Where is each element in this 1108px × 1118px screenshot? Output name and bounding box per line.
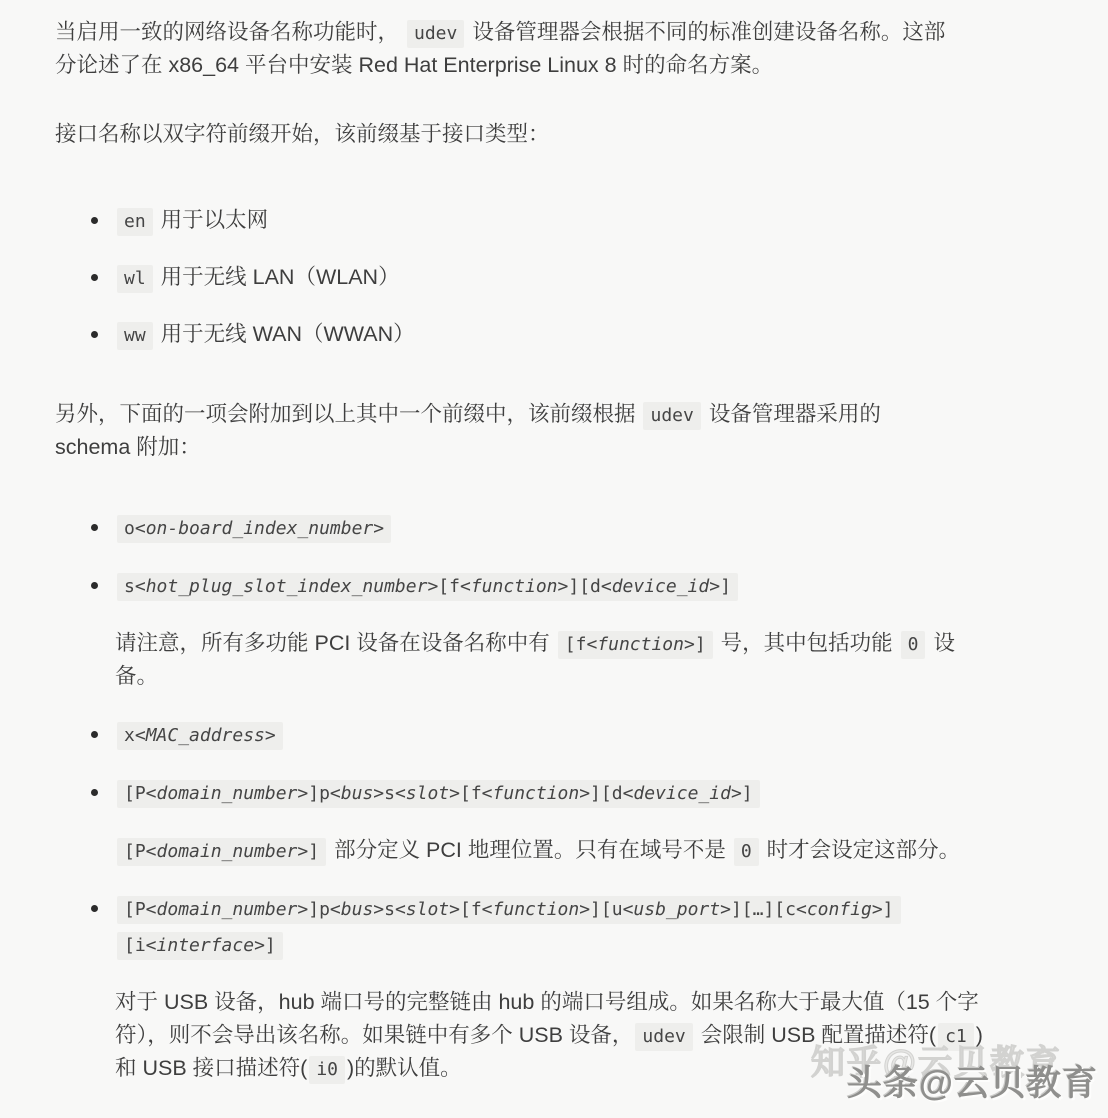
list-item-line: en 用于以太网 [115, 204, 1010, 237]
schema-list: o<on-board_index_number> s<hot_plug_slot… [55, 511, 1053, 1085]
inline-code: [P<domain_number>]p<bus>s<slot>[f<functi… [117, 896, 901, 924]
note-paragraph-pci-function: 请注意，所有多功能 PCI 设备在设备名称中有 [f<function>] 号，… [115, 627, 995, 693]
note-paragraph-pci-domain: [P<domain_number>] 部分定义 PCI 地理位置。只有在域号不是… [115, 834, 995, 867]
list-item-en: en 用于以太网 [55, 204, 1053, 237]
list-item-pci-geo: [P<domain_number>]p<bus>s<slot>[f<functi… [55, 776, 1053, 867]
inline-code: [P<domain_number>] [117, 838, 326, 866]
list-item-onboard: o<on-board_index_number> [55, 511, 1053, 544]
list-item-hotplug: s<hot_plug_slot_index_number>[f<function… [55, 569, 1053, 693]
prefix-intro-paragraph: 接口名称以双字符前缀开始，该前缀基于接口类型： [55, 118, 950, 151]
document-body: 当启用一致的网络设备名称功能时， udev 设备管理器会根据不同的标准创建设备名… [0, 0, 1108, 1085]
inline-code: udev [635, 1023, 692, 1051]
list-item-line: ww 用于无线 WAN（WWAN） [115, 318, 1010, 351]
note-paragraph-usb: 对于 USB 设备，hub 端口号的完整链由 hub 的端口号组成。如果名称大于… [115, 986, 995, 1085]
list-item-line: x<MAC_address> [115, 718, 1010, 751]
inline-code: c1 [938, 1023, 974, 1051]
list-item-line: wl 用于无线 LAN（WLAN） [115, 261, 1010, 294]
list-item-wl: wl 用于无线 LAN（WLAN） [55, 261, 1053, 294]
list-item-line-continued: [i<interface>] [115, 928, 1010, 961]
intro-paragraph: 当启用一致的网络设备名称功能时， udev 设备管理器会根据不同的标准创建设备名… [55, 16, 950, 82]
list-item-line: s<hot_plug_slot_index_number>[f<function… [115, 569, 1010, 602]
prefix-list: en 用于以太网 wl 用于无线 LAN（WLAN） ww 用于无线 WAN（W… [55, 204, 1053, 351]
inline-code: s<hot_plug_slot_index_number>[f<function… [117, 573, 738, 601]
inline-code: udev [643, 402, 700, 430]
inline-code: i0 [309, 1056, 345, 1084]
list-item-line: o<on-board_index_number> [115, 511, 1010, 544]
list-item-mac: x<MAC_address> [55, 718, 1053, 751]
list-item-line: [P<domain_number>]p<bus>s<slot>[f<functi… [115, 892, 1010, 925]
list-item-usb: [P<domain_number>]p<bus>s<slot>[f<functi… [55, 892, 1053, 1085]
inline-code: [f<function>] [558, 631, 713, 659]
list-item-line: [P<domain_number>]p<bus>s<slot>[f<functi… [115, 776, 1010, 809]
inline-code: [i<interface>] [117, 932, 283, 960]
list-item-ww: ww 用于无线 WAN（WWAN） [55, 318, 1053, 351]
schema-intro-paragraph: 另外，下面的一项会附加到以上其中一个前缀中，该前缀根据 udev 设备管理器采用… [55, 398, 913, 464]
inline-code: x<MAC_address> [117, 722, 283, 750]
inline-code: 0 [901, 631, 926, 659]
inline-code: [P<domain_number>]p<bus>s<slot>[f<functi… [117, 780, 760, 808]
inline-code: ww [117, 322, 153, 350]
inline-code: wl [117, 265, 153, 293]
inline-code: o<on-board_index_number> [117, 515, 391, 543]
inline-code: en [117, 208, 153, 236]
inline-code: udev [407, 20, 464, 48]
inline-code: 0 [734, 838, 759, 866]
